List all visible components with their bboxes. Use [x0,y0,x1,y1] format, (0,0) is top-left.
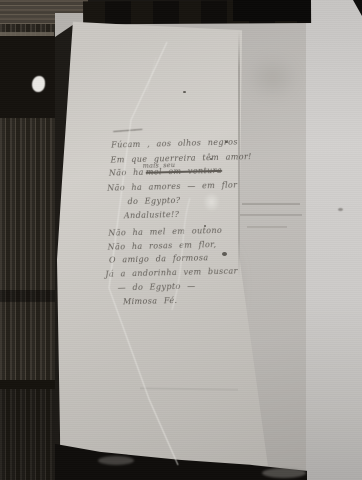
manuscript-photograph: ———— Fúcam , aos olhos negros Em que gue… [0,0,362,480]
scratch-lines [0,0,362,480]
